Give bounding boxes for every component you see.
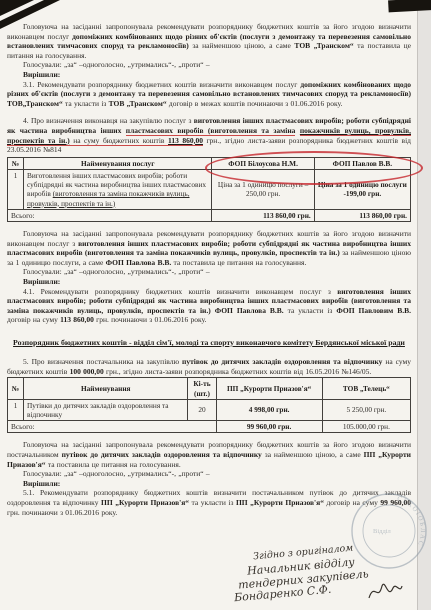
text-segment: ФОП Павлов В.В. xyxy=(333,159,392,168)
text-segment: 113 860,00 грн. xyxy=(359,211,407,220)
text-segment: 4.1. Рекомендувати розпоряднику бюджетни… xyxy=(23,287,337,296)
text-segment: ФОП Павлова В.В. xyxy=(106,258,172,267)
text-segment: 113 860,00 грн. xyxy=(263,211,311,220)
table-header-cell: № xyxy=(8,378,24,399)
text-segment: № xyxy=(12,384,19,393)
table-cell: 5 250,00 грн. xyxy=(322,399,410,420)
text-segment: Вирішили: xyxy=(23,277,60,286)
stamp-ring-text: С Ь К О Ї О Б Л А С xyxy=(396,495,426,546)
table-cell: Всього: xyxy=(8,209,212,221)
text-segment: путівок до дитячих закладів оздоровлення… xyxy=(182,357,382,366)
text-segment: 113 860,00 xyxy=(60,315,94,324)
table-header-cell: ПП „Курорти Приазов'я“ xyxy=(216,378,322,399)
section-heading-family-sport: Розпорядник бюджетних коштів - відділ сі… xyxy=(7,338,411,348)
decided-line-3: Вирішили: xyxy=(7,70,411,80)
table-cell: Ціна за 1 одиницю послуги -199,00 грн. xyxy=(314,169,410,209)
text-segment: 113 860,00 xyxy=(168,136,203,146)
text-segment: грн. починаючи з 01.06.2016 року. xyxy=(7,508,117,517)
table-cell: Виготовлення інших пластмасових виробів;… xyxy=(24,169,212,209)
table-cell: 20 xyxy=(188,399,216,420)
table-cell: 1 xyxy=(8,399,24,420)
text-segment: та укласти із xyxy=(63,99,109,108)
paragraph-item-5: 5. Про визначення постачальника на закуп… xyxy=(7,357,411,376)
text-segment: ФОП Павловим В.В. xyxy=(336,306,411,315)
text-segment: ПП „Курорти Приазов'я“ xyxy=(227,384,311,393)
text-segment: та поставила це питання на голосування. xyxy=(46,460,181,469)
text-segment: 4. Про визначення виконавця на закупівлю… xyxy=(23,116,194,125)
text-segment: та укласти із xyxy=(284,306,337,315)
text-segment: 1 xyxy=(14,171,18,180)
text-segment: Всього: xyxy=(11,422,35,431)
text-segment: 5 250,00 грн. xyxy=(347,405,387,414)
text-segment: на суму бюджетних коштів xyxy=(70,136,168,146)
table-header-cell: Найменування xyxy=(24,378,188,399)
signature-flourish-icon xyxy=(366,580,404,604)
procurement-table-services: №Найменування послугФОП Білоусова Н.М.ФО… xyxy=(7,157,411,222)
text-segment: за найменшою ціною, а саме xyxy=(262,450,364,459)
text-segment: 5. Про визначення постачальника на закуп… xyxy=(23,357,182,366)
text-segment: Найменування послуг xyxy=(81,159,155,168)
text-segment: Голосували: „за“ –одноголосно, „утримали… xyxy=(23,469,210,478)
text-segment: Путівки до дитячих закладів оздоровлення… xyxy=(27,401,169,419)
text-segment: 1 xyxy=(14,401,18,410)
text-segment: ТОВ„Транском“ xyxy=(7,99,63,108)
table-row: 1Путівки до дитячих закладів оздоровленн… xyxy=(8,399,411,420)
text-segment: 20 xyxy=(198,405,205,414)
paragraph-intro-5: Головуюча на засіданні запропонувала рек… xyxy=(7,440,411,469)
stamp-center-text: Відділ xyxy=(373,528,392,535)
text-segment: путівок до дитячих закладів оздоровлення… xyxy=(62,450,262,459)
text-segment: Найменування xyxy=(81,384,131,393)
text-segment: ТОВ „Транском“ xyxy=(109,99,167,108)
text-segment: ПП „Курорти Приазов'я“ xyxy=(236,498,324,507)
text-segment: Кі-ть (шт.) xyxy=(193,379,210,397)
text-segment: ФОП Павлова В.В. xyxy=(215,306,284,315)
text-segment: ПП „Курорти Приазов'я“ xyxy=(101,498,189,507)
text-segment: 4 998,00 грн. xyxy=(249,405,290,414)
text-segment: договір в межах коштів починаючи з 01.06… xyxy=(167,99,343,108)
text-segment: грн., згідно листа-заяви розпорядника бю… xyxy=(104,367,372,376)
text-segment: Ціна за 1 одиницю послуги -199,00 грн. xyxy=(318,180,407,198)
paragraph-intro-3: Головуюча на засіданні запропонувала рек… xyxy=(7,22,411,60)
table-cell: Путівки до дитячих закладів оздоровлення… xyxy=(24,399,188,420)
table-header-cell: Найменування послуг xyxy=(24,157,212,169)
table-header-cell: Кі-ть (шт.) xyxy=(188,378,216,399)
text-segment: пластмасових виробів (виготовлення та за… xyxy=(126,126,296,136)
paragraph-4-1: 4.1. Рекомендувати розпоряднику бюджетни… xyxy=(7,287,411,325)
scanned-document-page: Головуюча на засіданні запропонувала рек… xyxy=(0,0,431,610)
paragraph-3-1: 3.1. Рекомендувати розпоряднику бюджетни… xyxy=(7,80,411,109)
table-cell: 4 998,00 грн. xyxy=(216,399,322,420)
text-segment: 105.000,00 грн. xyxy=(343,422,390,431)
text-segment: та укласти із xyxy=(189,498,236,507)
table-cell: 105.000,00 грн. xyxy=(322,421,410,433)
table-row: Всього:99 960,00 грн.105.000,00 грн. xyxy=(8,421,411,433)
paragraph-intro-4: Головуюча на засіданні запропонувала рек… xyxy=(7,229,411,267)
text-segment: грн. починаючи з 01.06.2016 року. xyxy=(94,315,207,324)
table-cell: 113 860,00 грн. xyxy=(314,209,410,221)
table-cell: Ціна за 1 одиницю послуги – 250,00 грн. xyxy=(212,169,314,209)
text-segment: Вирішили: xyxy=(23,70,60,79)
text-segment: Розпорядник бюджетних коштів - відділ сі… xyxy=(13,338,405,347)
table-row: Всього:113 860,00 грн.113 860,00 грн. xyxy=(8,209,411,221)
text-segment: 99 960,00 грн. xyxy=(247,422,291,431)
procurement-table-vouchers: №НайменуванняКі-ть (шт.)ПП „Курорти Приа… xyxy=(7,377,411,433)
decided-line-4: Вирішили: xyxy=(7,277,411,287)
table-header-cell: № xyxy=(8,157,24,169)
table-cell: 99 960,00 грн. xyxy=(216,421,322,433)
text-segment: ТОВ „Телець“ xyxy=(343,384,390,393)
table-row: 1Виготовлення інших пластмасових виробів… xyxy=(8,169,411,209)
text-segment: за найменшою ціною, а саме xyxy=(189,41,295,50)
vote-line-3: Голосували: „за“ –одноголосно, „утримали… xyxy=(7,60,411,70)
text-segment: 3.1. Рекомендувати розпоряднику бюджетни… xyxy=(23,80,300,89)
table-cell: 1 xyxy=(8,169,24,209)
text-segment: ФОП Білоусова Н.М. xyxy=(228,159,298,168)
text-segment: договір на суму xyxy=(7,315,60,324)
text-segment: Голосували: „за“ –одноголосно, „утримали… xyxy=(23,60,210,69)
table-header-cell: ФОП Білоусова Н.М. xyxy=(212,157,314,169)
table-header-cell: ФОП Павлов В.В. xyxy=(314,157,410,169)
text-segment: Голосували: „за“ –одноголосно, „утримали… xyxy=(23,267,210,276)
table-cell: 113 860,00 грн. xyxy=(212,209,314,221)
text-segment: ТОВ „Транском“ xyxy=(294,41,353,50)
decided-line-5: Вирішили: xyxy=(7,479,411,489)
vote-line-4: Голосували: „за“ –одноголосно, „утримали… xyxy=(7,267,411,277)
text-segment: та поставила це питання на голосування. xyxy=(171,258,306,267)
vote-line-5: Голосували: „за“ –одноголосно, „утримали… xyxy=(7,469,411,479)
svg-text:С Ь К О Ї О Б Л А С: С Ь К О Ї О Б Л А С xyxy=(396,495,426,546)
document-text: Головуюча на засіданні запропонувала рек… xyxy=(7,22,411,517)
table-cell: Всього: xyxy=(8,421,217,433)
text-segment: Всього: xyxy=(11,211,35,220)
text-segment: № xyxy=(12,159,19,168)
paragraph-item-4: 4. Про визначення виконавця на закупівлю… xyxy=(7,116,411,154)
procurement-table-services-grid: №Найменування послугФОП Білоусова Н.М.ФО… xyxy=(7,157,411,222)
table-header-cell: ТОВ „Телець“ xyxy=(322,378,410,399)
text-segment: Ціна за 1 одиницю послуги – 250,00 грн. xyxy=(218,180,308,198)
procurement-table-vouchers-grid: №НайменуванняКі-ть (шт.)ПП „Курорти Приа… xyxy=(7,377,411,433)
text-segment: Вирішили: xyxy=(23,479,60,488)
text-segment: 100 000,00 xyxy=(70,367,104,376)
